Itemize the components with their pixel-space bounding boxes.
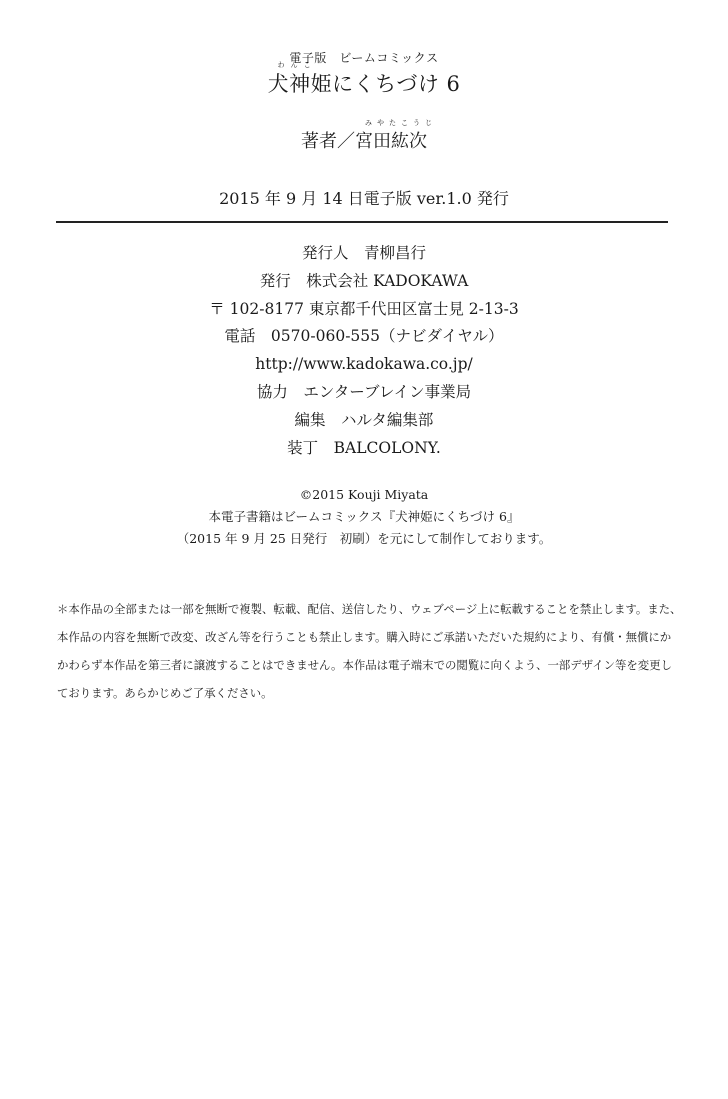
author-ruby: みやたこうじ xyxy=(365,118,437,128)
publisher-phone: 電話 0570-060-555（ナビダイヤル） xyxy=(0,323,728,351)
author-name: 著者／宮田紘次 xyxy=(301,127,427,153)
notice-line: 本作品の内容を無断で改変、改ざん等を行うことも禁止します。購入時にご承諾いただい… xyxy=(57,623,677,651)
source-edition-line: 本電子書籍はビームコミックス『犬神姫にくちづけ 6』 xyxy=(0,506,728,528)
horizontal-divider xyxy=(56,221,668,223)
copyright-line: ©2015 Kouji Miyata xyxy=(0,484,728,506)
design-credit: 装丁 BALCOLONY. xyxy=(0,435,728,463)
title-line: わんこ 犬神姫にくちづけ 6 xyxy=(268,60,461,98)
publisher-url: http://www.kadokawa.co.jp/ xyxy=(0,351,728,379)
notice-line: かわらず本作品を第三者に譲渡することはできません。本作品は電子端末での閲覧に向く… xyxy=(57,651,677,679)
publisher-company: 発行 株式会社 KADOKAWA xyxy=(0,268,728,296)
title-ruby: わんこ xyxy=(278,60,317,70)
editing-credit: 編集 ハルタ編集部 xyxy=(0,407,728,435)
source-date-line: （2015 年 9 月 25 日発行 初刷）を元にして制作しております。 xyxy=(0,528,728,550)
copyright-block: ©2015 Kouji Miyata 本電子書籍はビームコミックス『犬神姫にくち… xyxy=(0,484,728,550)
cooperation-credit: 協力 エンターブレイン事業局 xyxy=(0,379,728,407)
notice-line: ＊本作品の全部または一部を無断で複製、転載、配信、送信したり、ウェブページ上に転… xyxy=(57,595,677,623)
title-block: わんこ 犬神姫にくちづけ 6 xyxy=(0,60,728,98)
legal-notice: ＊本作品の全部または一部を無断で複製、転載、配信、送信したり、ウェブページ上に転… xyxy=(57,595,677,707)
edition-line: 2015 年 9 月 14 日電子版 ver.1.0 発行 xyxy=(0,186,728,209)
publisher-address: 〒 102-8177 東京都千代田区富士見 2-13-3 xyxy=(0,296,728,324)
notice-line: ております。あらかじめご了承ください。 xyxy=(57,679,677,707)
author-block: みやたこうじ 著者／宮田紘次 xyxy=(0,118,728,153)
author-line: みやたこうじ 著者／宮田紘次 xyxy=(301,118,427,153)
book-title: 犬神姫にくちづけ 6 xyxy=(268,68,461,98)
publisher-person: 発行人 青柳昌行 xyxy=(0,240,728,268)
colophon: 発行人 青柳昌行 発行 株式会社 KADOKAWA 〒 102-8177 東京都… xyxy=(0,240,728,462)
